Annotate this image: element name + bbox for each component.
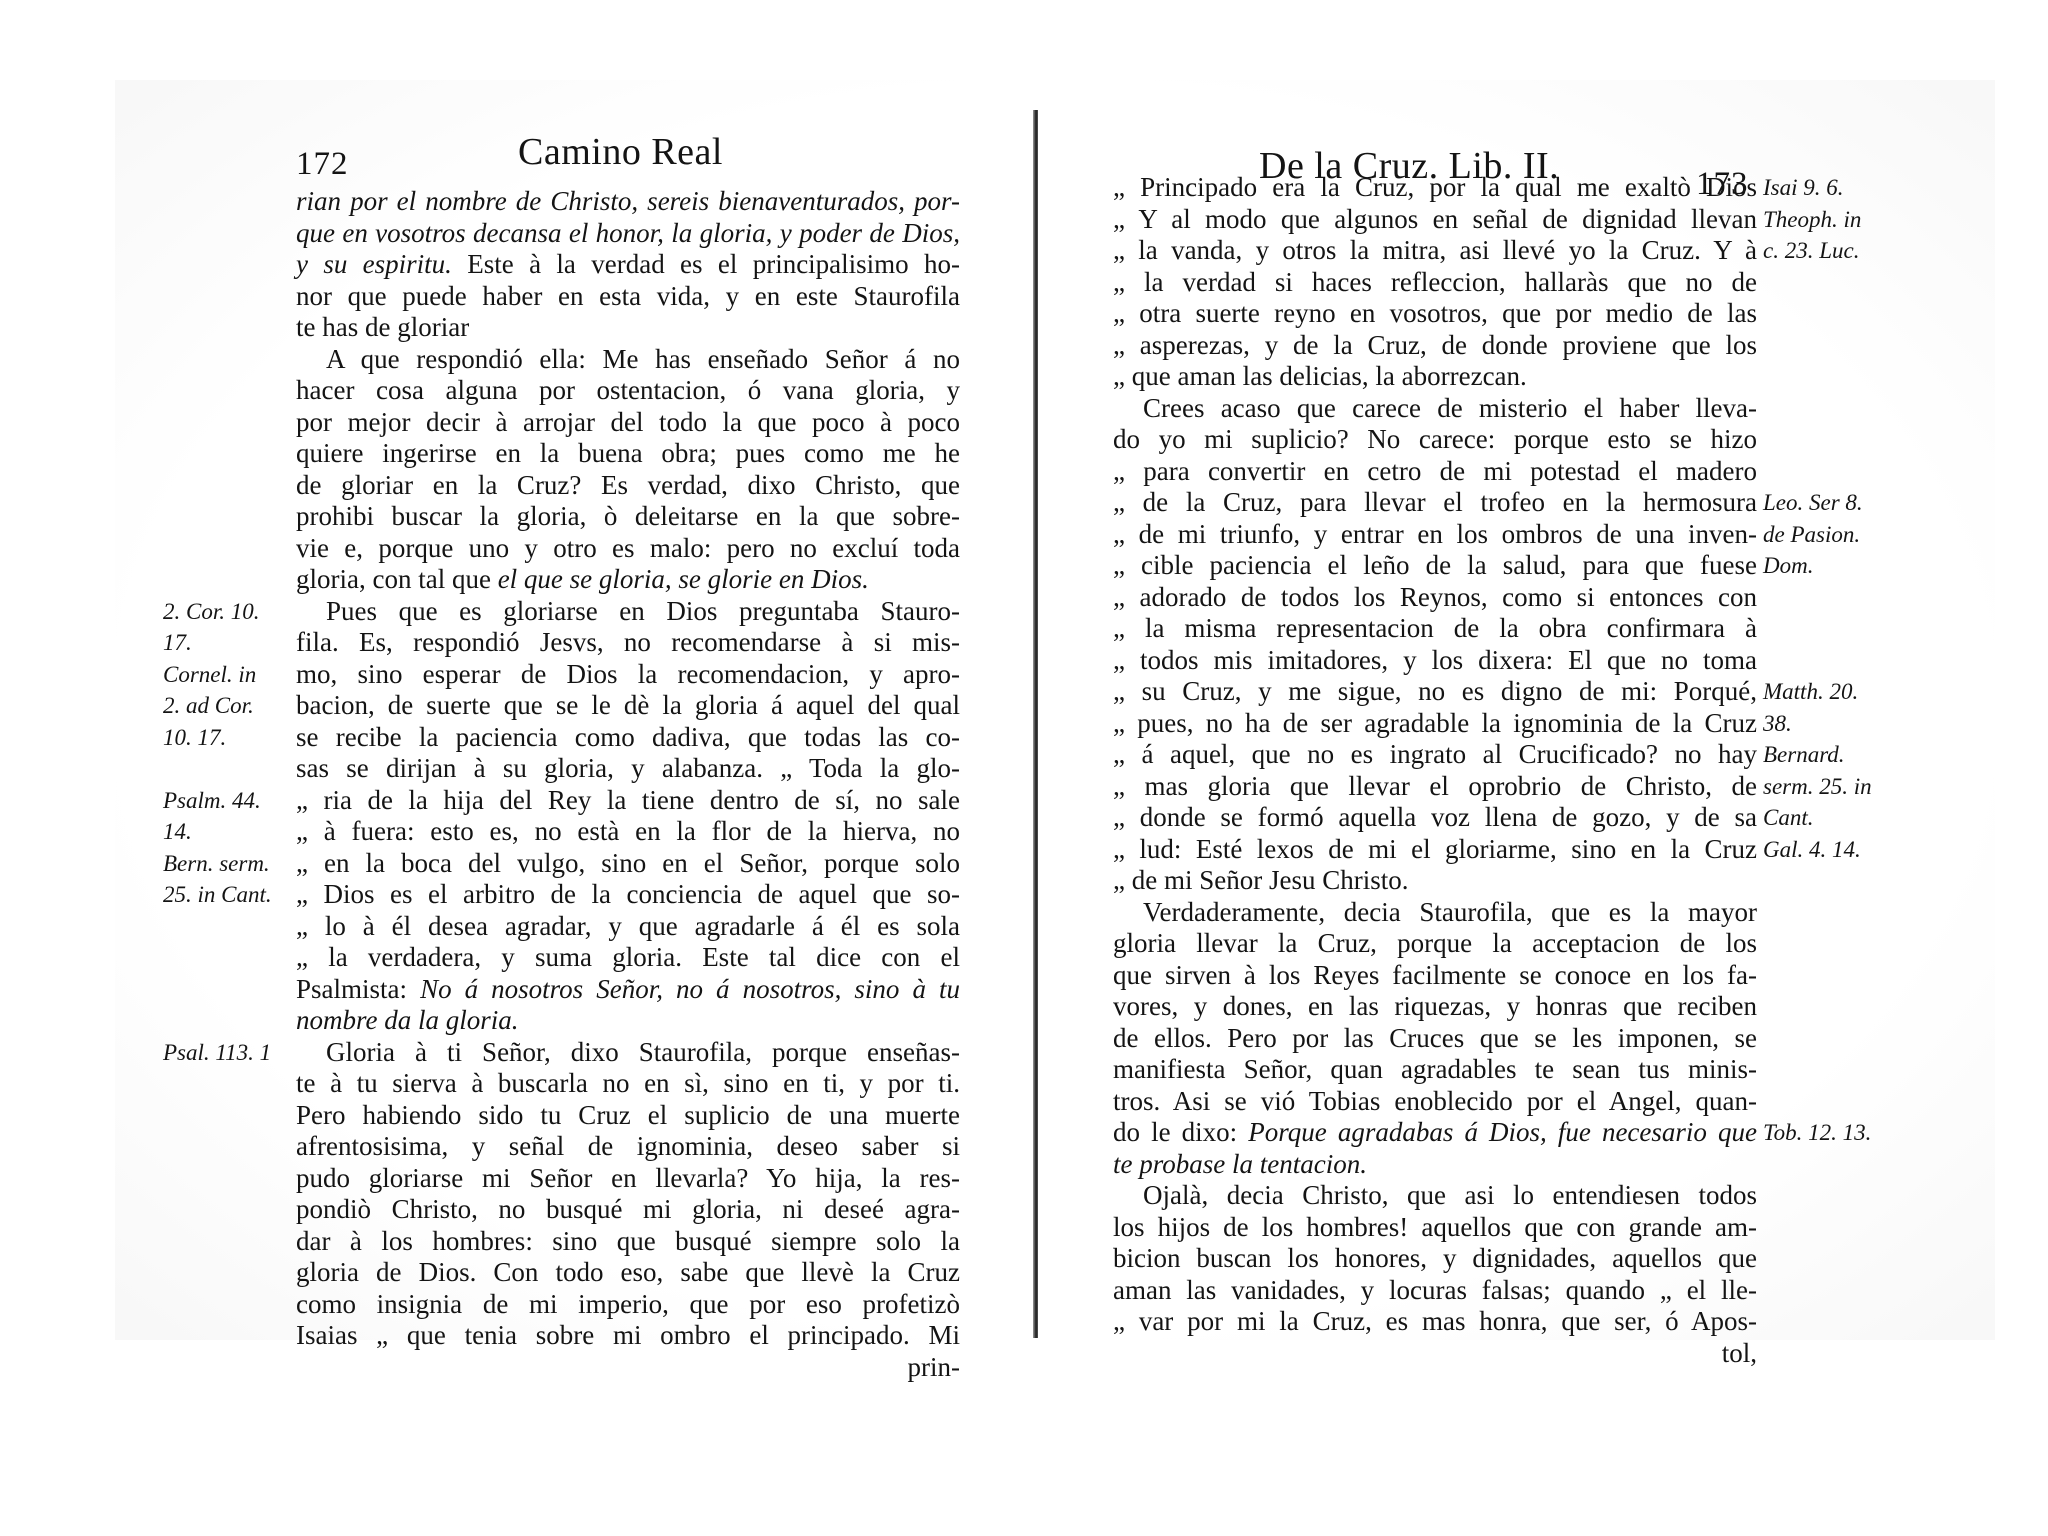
text-line: quiere ingerirse en la buena obra; pues … xyxy=(296,438,960,470)
margin-citation: 2. ad Cor. xyxy=(163,690,254,722)
margin-citation: Bernard. xyxy=(1763,739,1845,771)
text-line: pondiò Christo, no busqué mi gloria, ni … xyxy=(296,1194,960,1226)
text-line: „ la verdadera, y suma gloria. Este tal … xyxy=(296,942,960,974)
margin-citation: 17. xyxy=(163,627,192,659)
text-line: „ à fuera: esto es, no està en la flor d… xyxy=(296,816,960,848)
margin-citation: 14. xyxy=(163,816,192,848)
left-running-head: 172 Camino Real xyxy=(296,136,960,186)
text-line: nombre da la gloria. xyxy=(296,1005,960,1037)
text-line: do le dixo: Porque agradabas á Dios, fue… xyxy=(1113,1117,1757,1149)
text-line: „ Dios es el arbitro de la conciencia de… xyxy=(296,879,960,911)
text-line: „ pues, no ha de ser agradable la ignomi… xyxy=(1113,708,1757,740)
catchword: tol, xyxy=(1113,1338,1757,1370)
text-line: „ lo à él desea agradar, y que agradarle… xyxy=(296,911,960,943)
text-line: Ojalà, decia Christo, que asi lo entendi… xyxy=(1113,1180,1757,1212)
text-line: fila. Es, respondió Jesvs, no recomendar… xyxy=(296,627,960,659)
page-number: 172 xyxy=(296,146,349,183)
text-line: „ la verdad si haces refleccion, hallarà… xyxy=(1113,267,1757,299)
text-line: de gloriar en la Cruz? Es verdad, dixo C… xyxy=(296,470,960,502)
margin-citation: Cornel. in xyxy=(163,659,256,691)
text-line: afrentosisima, y señal de ignominia, des… xyxy=(296,1131,960,1163)
text-line: y su espiritu. Este à la verdad es el pr… xyxy=(296,249,960,281)
text-line: „ la misma representacion de la obra con… xyxy=(1113,613,1757,645)
margin-citation: Leo. Ser 8. xyxy=(1763,487,1863,519)
text-line: „ ria de la hija del Rey la tiene dentro… xyxy=(296,785,960,817)
text-line: Gloria à ti Señor, dixo Staurofila, porq… xyxy=(296,1037,960,1069)
text-line: „ su Cruz, y me sigue, no es digno de mi… xyxy=(1113,676,1757,708)
text-line: manifiesta Señor, quan agradables te sea… xyxy=(1113,1054,1757,1086)
text-line: „ cible paciencia el leño de la salud, p… xyxy=(1113,550,1757,582)
margin-citation: Tob. 12. 13. xyxy=(1763,1117,1871,1149)
text-line: que sirven à los Reyes facilmente se con… xyxy=(1113,960,1757,992)
margin-citation: c. 23. Luc. xyxy=(1763,235,1859,267)
text-line: „ donde se formó aquella voz llena de go… xyxy=(1113,802,1757,834)
margin-citation: Dom. xyxy=(1763,550,1813,582)
text-line: vie e, porque uno y otro es malo: pero n… xyxy=(296,533,960,565)
text-line: „ á aquel, que no es ingrato al Crucific… xyxy=(1113,739,1757,771)
margin-citation: Cant. xyxy=(1763,802,1813,834)
margin-citation: 38. xyxy=(1763,708,1792,740)
text-line: „ lud: Esté lexos de mi el gloriarme, si… xyxy=(1113,834,1757,866)
text-line: „ que aman las delicias, la aborrezcan. xyxy=(1113,361,1757,393)
text-line: „ para convertir en cetro de mi potestad… xyxy=(1113,456,1757,488)
italic-quote: Porque agradabas á Dios, fue necesario q… xyxy=(1248,1117,1757,1147)
text-line: pudo gloriarse mi Señor en llevarla? Yo … xyxy=(296,1163,960,1195)
left-body-text: rian por el nombre de Christo, sereis bi… xyxy=(296,186,960,1383)
text-line: prohibi buscar la gloria, ò deleitarse e… xyxy=(296,501,960,533)
margin-citation: de Pasion. xyxy=(1763,519,1860,551)
text-line: Pero habiendo sido tu Cruz el suplicio d… xyxy=(296,1100,960,1132)
text-line: „ adorado de todos los Reynos, como si e… xyxy=(1113,582,1757,614)
text-line: mo, sino esperar de Dios la recomendacio… xyxy=(296,659,960,691)
text-line: aman las vanidades, y locuras falsas; qu… xyxy=(1113,1275,1757,1307)
margin-citation: 2. Cor. 10. xyxy=(163,596,260,628)
text-line: dar à los hombres: sino que busqué siemp… xyxy=(296,1226,960,1258)
text-line: gloria llevar la Cruz, porque la accepta… xyxy=(1113,928,1757,960)
text-line: de ellos. Pero por las Cruces que se les… xyxy=(1113,1023,1757,1055)
margin-citation: Psalm. 44. xyxy=(163,785,261,817)
text-line: „ todos mis imitadores, y los dixera: El… xyxy=(1113,645,1757,677)
right-body-text: „ Principado era la Cruz, por la qual me… xyxy=(1113,172,1757,1369)
text-line: los hijos de los hombres! aquellos que c… xyxy=(1113,1212,1757,1244)
book-gutter xyxy=(1033,110,1038,1338)
margin-citation: 10. 17. xyxy=(163,722,226,754)
text-line: „ Principado era la Cruz, por la qual me… xyxy=(1113,172,1757,204)
italic-quote: No á nosotros Señor, no á nosotros, sino… xyxy=(420,974,960,1004)
text-line: „ de la Cruz, para llevar el trofeo en l… xyxy=(1113,487,1757,519)
text-line: Psalmista: No á nosotros Señor, no á nos… xyxy=(296,974,960,1006)
text-line: „ de mi triunfo, y entrar en los ombros … xyxy=(1113,519,1757,551)
text-line: te probase la tentacion. xyxy=(1113,1149,1757,1181)
text-line: rian por el nombre de Christo, sereis bi… xyxy=(296,186,960,218)
text-line: „ mas gloria que llevar el oprobrio de C… xyxy=(1113,771,1757,803)
margin-citation: 25. in Cant. xyxy=(163,879,272,911)
text-line: Isaias „ que tenia sobre mi ombro el pri… xyxy=(296,1320,960,1352)
text-line: A que respondió ella: Me has enseñado Se… xyxy=(296,344,960,376)
running-title: Camino Real xyxy=(518,130,723,174)
margin-citation: Bern. serm. xyxy=(163,848,270,880)
margin-citation: Gal. 4. 14. xyxy=(1763,834,1861,866)
text-line: bacion, de suerte que se le dè la gloria… xyxy=(296,690,960,722)
right-page: De la Cruz. Lib. II. 173 „ Principado er… xyxy=(1113,136,1757,1369)
text-line: „ la vanda, y otros la mitra, asi llevé … xyxy=(1113,235,1757,267)
text-line: bicion buscan los honores, y dignidades,… xyxy=(1113,1243,1757,1275)
margin-citation: Isai 9. 6. xyxy=(1763,172,1844,204)
margin-citation: Theoph. in xyxy=(1763,204,1861,236)
text-line: do yo mi suplicio? No carece: porque est… xyxy=(1113,424,1757,456)
italic-quote: el que se gloria, se glorie en Dios. xyxy=(498,564,869,594)
left-page: 172 Camino Real rian por el nombre de Ch… xyxy=(296,136,960,1383)
text-line: „ de mi Señor Jesu Christo. xyxy=(1113,865,1757,897)
text-line: te has de gloriar xyxy=(296,312,960,344)
text-line: por mejor decir à arrojar del todo la qu… xyxy=(296,407,960,439)
text-line: que en vosotros decansa el honor, la glo… xyxy=(296,218,960,250)
text-line: hacer cosa alguna por ostentacion, ó van… xyxy=(296,375,960,407)
margin-citation: Psal. 113. 1 xyxy=(163,1037,271,1069)
text-line: gloria, con tal que el que se gloria, se… xyxy=(296,564,960,596)
text-line: te à tu sierva à buscarla no en sì, sino… xyxy=(296,1068,960,1100)
text-line: „ Y al modo que algunos en señal de dign… xyxy=(1113,204,1757,236)
text-line: nor que puede haber en esta vida, y en e… xyxy=(296,281,960,313)
margin-citation: Matth. 20. xyxy=(1763,676,1858,708)
margin-citation: serm. 25. in xyxy=(1763,771,1872,803)
text-line: „ otra suerte reyno en vosotros, que por… xyxy=(1113,298,1757,330)
italic-quote: y su espiritu. xyxy=(296,249,452,279)
text-line: como insignia de mi imperio, que por eso… xyxy=(296,1289,960,1321)
text-line: se recibe la paciencia como dadiva, que … xyxy=(296,722,960,754)
text-line: „ asperezas, y de la Cruz, de donde prov… xyxy=(1113,330,1757,362)
catchword: prin- xyxy=(296,1352,960,1384)
text-line: sas se dirijan à su gloria, y alabanza. … xyxy=(296,753,960,785)
text-line: Verdaderamente, decia Staurofila, que es… xyxy=(1113,897,1757,929)
text-line: tros. Asi se vió Tobias enoblecido por e… xyxy=(1113,1086,1757,1118)
text-line: Pues que es gloriarse en Dios preguntaba… xyxy=(296,596,960,628)
text-line: vores, y dones, en las riquezas, y honra… xyxy=(1113,991,1757,1023)
text-line: „ en la boca del vulgo, sino en el Señor… xyxy=(296,848,960,880)
text-line: „ var por mi la Cruz, es mas honra, que … xyxy=(1113,1306,1757,1338)
text-line: gloria de Dios. Con todo eso, sabe que l… xyxy=(296,1257,960,1289)
text-line: Crees acaso que carece de misterio el ha… xyxy=(1113,393,1757,425)
